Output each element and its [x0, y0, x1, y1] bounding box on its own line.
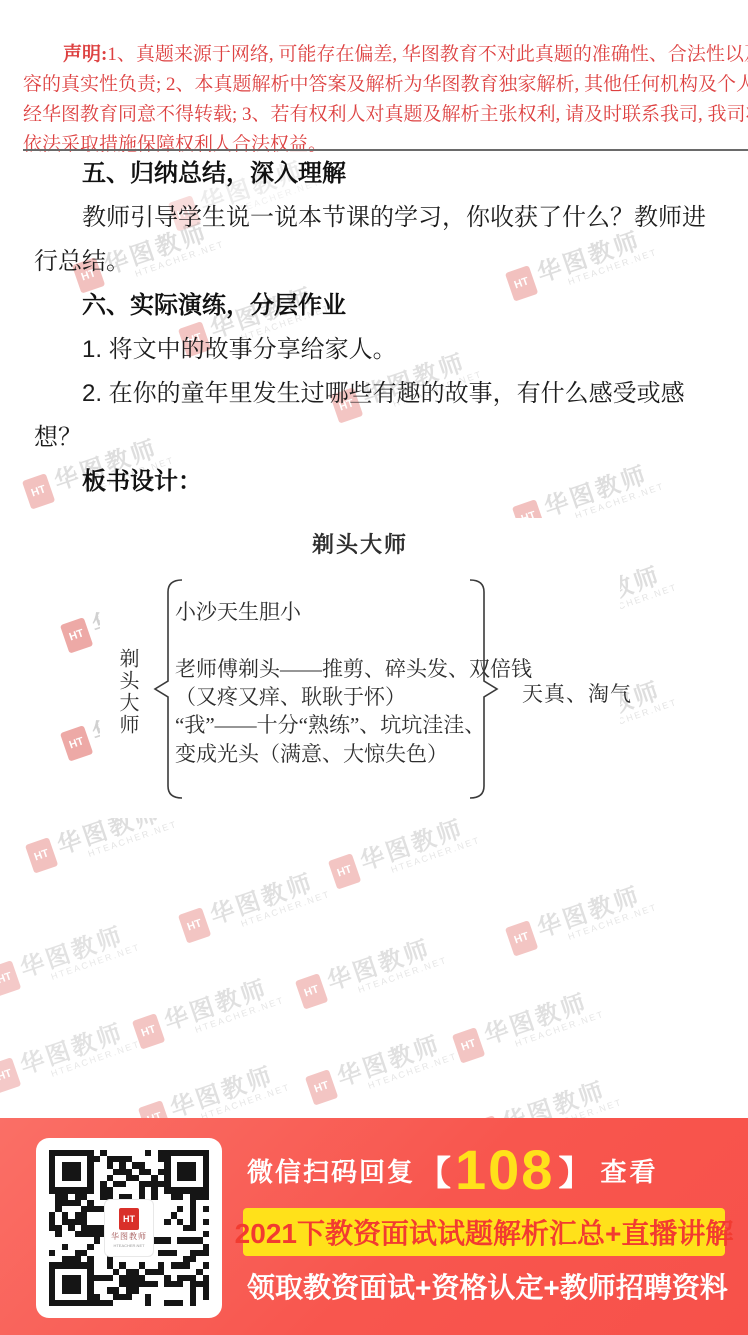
section-heading-5: 五、归纳总结，深入理解: [34, 152, 724, 196]
watermark: HT华图教师HTEACHER.NET: [292, 925, 448, 1014]
document-page: { "disclaimer": { "label": "声明:", "lines…: [0, 0, 748, 1335]
diagram-line: 小沙天生胆小: [175, 596, 301, 626]
footer-line-3: 领取教资面试+资格认定+教师招聘资料: [247, 1266, 728, 1306]
watermark: HT华图教师HTEACHER.NET: [129, 965, 285, 1054]
huatu-logo-icon: HT: [60, 617, 93, 654]
huatu-logo-icon: HT: [505, 920, 538, 957]
bracket-left: 【: [417, 1146, 451, 1195]
right-brace-icon: [468, 578, 504, 800]
footer-line-1: 微信扫码回复 【 108 】 查看: [247, 1140, 658, 1200]
list-item-2: 2. 在你的童年里发生过哪些有趣的故事，有什么感受或感: [34, 372, 724, 416]
watermark: HT华图教师HTEACHER.NET: [0, 912, 142, 1001]
paragraph-line: 教师引导学生说一说本节课的学习，你收获了什么？教师进: [34, 196, 724, 240]
watermark: HT华图教师HTEACHER.NET: [502, 872, 658, 961]
huatu-logo-icon: HT: [0, 960, 21, 997]
disclaimer-line: 容的真实性负责; 2、本真题解析中答案及解析为华图教育独家解析, 其他任何机构及…: [23, 70, 730, 100]
disclaimer-line: 经华图教育同意不得转载; 3、若有权利人对真题及解析主张权利, 请及时联系我司,…: [23, 100, 730, 130]
huatu-logo-icon: HT: [119, 1208, 139, 1230]
bracket-right: 】: [558, 1146, 592, 1195]
footer-suffix: 查看: [600, 1152, 658, 1189]
disclaimer-label: 声明:: [63, 44, 107, 65]
promo-banner: HT 华图教师 HTEACHER.NET 微信扫码回复 【 108 】 查看 2…: [0, 1118, 748, 1335]
huatu-logo-icon: HT: [295, 973, 328, 1010]
watermark: HT华图教师HTEACHER.NET: [175, 859, 331, 948]
watermark: HT华图教师HTEACHER.NET: [0, 1009, 142, 1098]
section-heading-6: 六、实际演练，分层作业: [34, 284, 724, 328]
watermark: HT华图教师HTEACHER.NET: [449, 979, 605, 1068]
diagram-line: 变成光头（满意、大惊失色）: [175, 738, 448, 768]
board-design-diagram: 剃头大师 剃头大师 小沙天生胆小 老师傅剃头——推剪、碎头发、双倍钱 （又疼又痒…: [100, 518, 620, 818]
huatu-logo-icon: HT: [60, 725, 93, 762]
diagram-left-label: 剃头大师: [116, 648, 138, 736]
huatu-logo-icon: HT: [25, 837, 58, 874]
diagram-line: （又疼又痒、耿耿于怀）: [175, 681, 406, 711]
section-divider: [23, 149, 748, 151]
list-item-1: 1. 将文中的故事分享给家人。: [34, 328, 724, 372]
reply-code: 108: [455, 1142, 554, 1198]
huatu-logo-icon: HT: [178, 907, 211, 944]
paragraph-line: 行总结。: [34, 240, 724, 284]
watermark: HT华图教师HTEACHER.NET: [302, 1021, 458, 1110]
board-design-label: 板书设计：: [34, 460, 724, 504]
footer-prefix: 微信扫码回复: [247, 1152, 415, 1189]
huatu-logo-icon: HT: [0, 1057, 21, 1094]
huatu-logo-icon: HT: [305, 1069, 338, 1106]
huatu-logo-icon: HT: [132, 1013, 165, 1050]
huatu-logo-icon: HT: [452, 1027, 485, 1064]
diagram-title: 剃头大师: [100, 528, 620, 559]
huatu-logo-icon: HT: [328, 853, 361, 890]
diagram-line: “我”——十分“熟练”、坑坑洼洼、: [175, 709, 485, 739]
lesson-body: 五、归纳总结，深入理解 教师引导学生说一说本节课的学习，你收获了什么？教师进 行…: [34, 152, 724, 504]
qr-code: HT 华图教师 HTEACHER.NET: [36, 1138, 222, 1318]
qr-center-badge: HT 华图教师 HTEACHER.NET: [104, 1199, 154, 1257]
disclaimer-line: 声明:1、真题来源于网络, 可能存在偏差, 华图教育不对此真题的准确性、合法性以…: [23, 40, 730, 70]
list-item-2-continuation: 想？: [34, 416, 724, 460]
diagram-right-label: 天真、淘气: [522, 678, 632, 708]
disclaimer: 声明:1、真题来源于网络, 可能存在偏差, 华图教育不对此真题的准确性、合法性以…: [23, 40, 730, 160]
footer-highlight-box: 2021下教资面试试题解析汇总+直播讲解: [243, 1208, 725, 1256]
